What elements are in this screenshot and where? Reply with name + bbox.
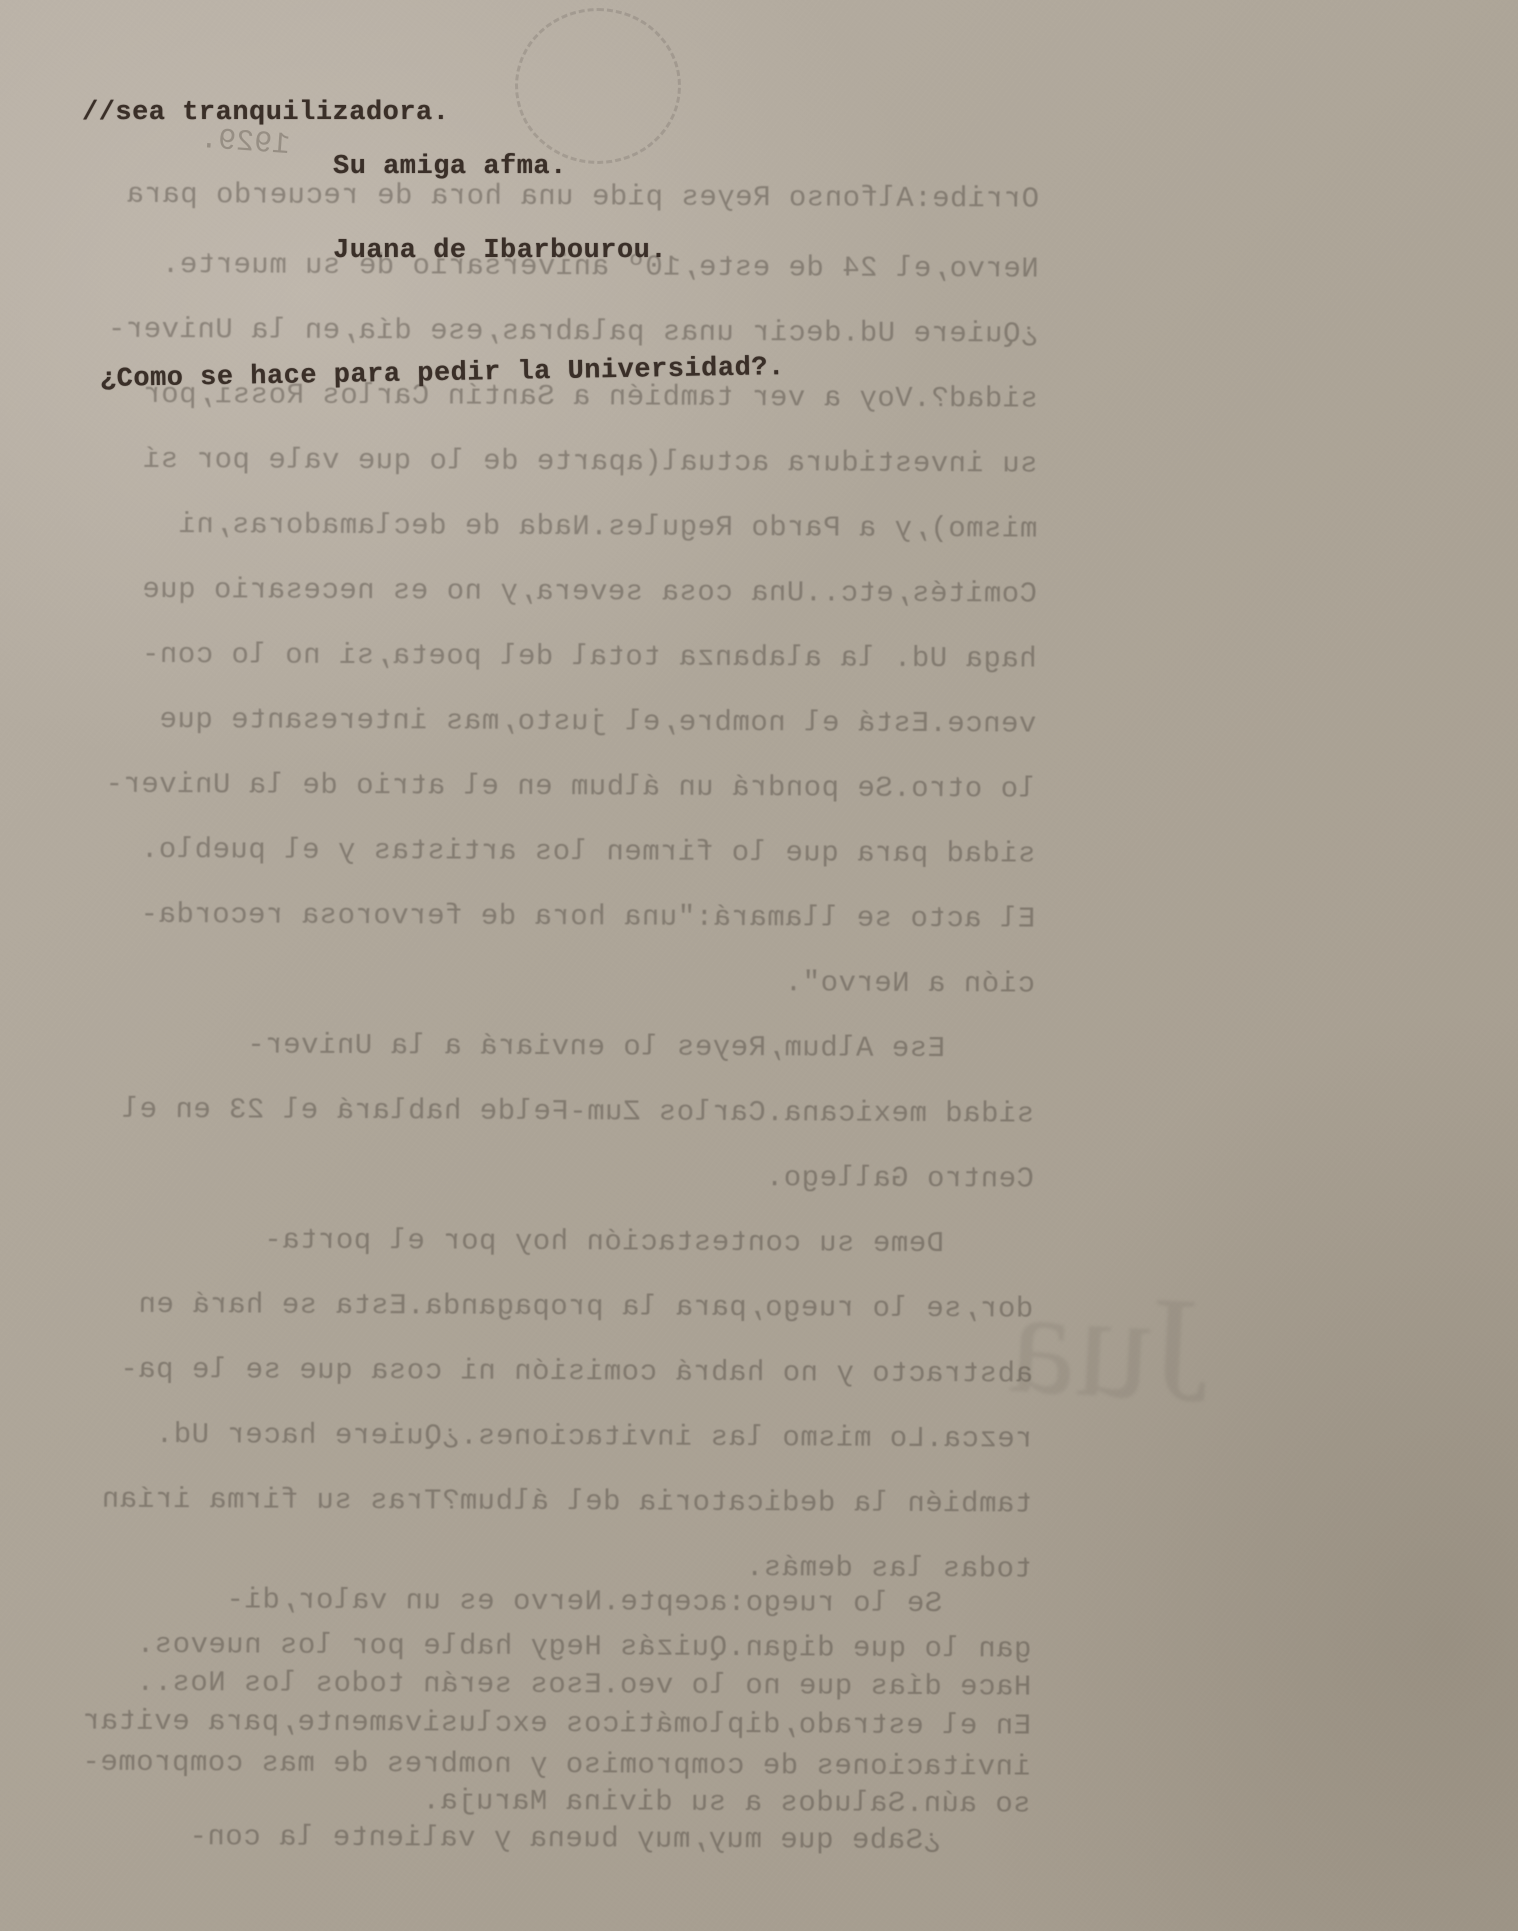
bleed-line: ¿Quiere Ud.decir unas palabras,ese día,e…: [107, 313, 1038, 351]
bleed-line: so aún.Saludos a su divina Maruja.: [422, 1784, 1031, 1820]
reverse-side-bleed-through: Orribe:Alfonso Reyes pide una hora de re…: [50, 0, 1040, 1931]
bleed-line: abstracto y no habrá comisión ni cosa qu…: [120, 1353, 1033, 1391]
bleed-line: ción a Nervo".: [784, 966, 1035, 1000]
bleed-line: El acto se llamará:"una hora de fervoros…: [140, 898, 1035, 936]
bleed-line: Ese Album,Reyes lo enviará a la Univer-: [247, 1028, 1035, 1065]
bleed-line: gan lo que digan.Quizás Hegy hable por l…: [136, 1628, 1031, 1666]
bleed-line: sidad mexicana.Carlos Zum-Felde hablará …: [121, 1093, 1034, 1131]
letter-signature: Juana de Ibarbourou.: [333, 236, 667, 266]
bleed-line: Se lo ruego:acepte.Nervo es un valor,di-: [226, 1583, 1032, 1620]
bleed-line: En el estrado,diplomáticos exclusivament…: [82, 1705, 1031, 1743]
bleed-line: también la dedicatoria del álbum?Tras su…: [101, 1483, 1032, 1521]
bleed-line: todas las demás.: [745, 1551, 1032, 1585]
bleed-line: Orribe:Alfonso Reyes pide una hora de re…: [126, 178, 1039, 216]
bleed-line: dor,se lo ruego,para la propaganda.Esta …: [138, 1288, 1033, 1326]
bleed-line: lo otro.Se pondrá un álbum en el atrio d…: [105, 768, 1036, 806]
bleed-line: Deme su contestación hoy por el porta-: [264, 1224, 1034, 1261]
bleed-line: rezca.Lo mismo las invitaciones.¿Quiere …: [155, 1418, 1032, 1456]
bleed-line: ¿Sabe que muy,muy buena y valiente la co…: [189, 1820, 1031, 1857]
margin-ghost-mark: Jua: [1006, 1255, 1215, 1437]
bleed-line: su investidura actual(aparte de lo que v…: [142, 443, 1037, 481]
bleed-line: sidad para que lo firmen los artistas y …: [140, 833, 1035, 871]
bleed-line: vence.Está el nombre,el justo,mas intere…: [159, 703, 1036, 741]
bleed-line: Centro Gallego.: [765, 1161, 1034, 1195]
bleed-line: Comités,etc..Una cosa severa,y no es nec…: [142, 573, 1037, 611]
bleed-line: mismo),y a Pardo Regules.Nada de declama…: [178, 508, 1038, 545]
letter-closing-line: //sea tranquilizadora.: [82, 98, 449, 128]
letter-valediction: Su amiga afma.: [333, 152, 567, 182]
bleed-line: invitaciones de compromiso y nombres de …: [82, 1746, 1031, 1784]
bleed-line: haga Ud. la alabanza total del poeta,si …: [141, 638, 1036, 676]
bleed-line: Hace días que no lo veo.Esos serán todos…: [136, 1666, 1031, 1704]
